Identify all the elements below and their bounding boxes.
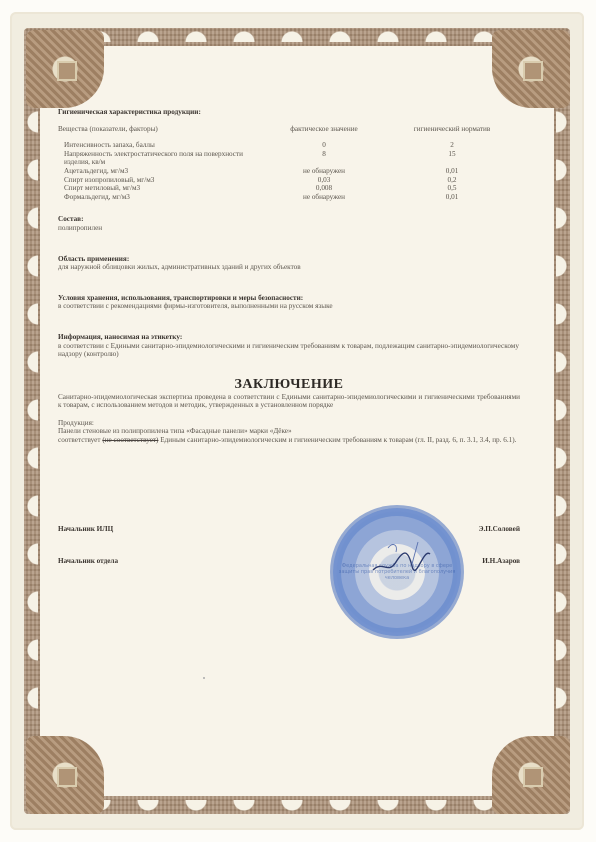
substance-name: Спирт метиловый, мг/м3: [58, 184, 264, 193]
table-row: Напряженность электростатического поля н…: [58, 150, 520, 167]
signature-row-2: Начальник отдела И.Н.Азаров: [58, 557, 520, 565]
table-row: Спирт изопропиловый, мг/м30,030,2: [58, 176, 520, 185]
application-text: для наружной облицовки жилых, администра…: [58, 263, 520, 272]
speck: [203, 677, 205, 679]
composition-text: полипропилен: [58, 224, 520, 233]
norm-value: 0,2: [384, 176, 520, 185]
conclusion-title: ЗАКЛЮЧЕНИЕ: [58, 377, 520, 393]
col-header-substance: Вещества (показатели, факторы): [58, 125, 264, 142]
storage-text: в соответствии с рекомендациями фирмы-из…: [58, 302, 520, 311]
corner-ornament-bottom-left: [26, 736, 104, 814]
signer-role-2: Начальник отдела: [58, 557, 118, 565]
border-scallop-top: [40, 28, 554, 42]
col-header-actual: фактическое значение: [264, 125, 384, 142]
label-info-text: в соответствии с Едиными санитарно-эпиде…: [58, 342, 520, 359]
substance-name: Ацетальдегид, мг/м3: [58, 167, 264, 176]
signer-name-2: И.Н.Азаров: [482, 557, 520, 565]
actual-value: 0,03: [264, 176, 384, 185]
border-scallop-left: [24, 110, 38, 730]
product-name: Панели стеновые из полипропилена типа «Ф…: [58, 427, 520, 436]
border-scallop-right: [556, 110, 570, 730]
table-row: Интенсивность запаха, баллы02: [58, 141, 520, 150]
signer-name-1: Э.П.Соловей: [479, 525, 520, 533]
hygiene-table: Вещества (показатели, факторы) фактическ…: [58, 125, 520, 202]
substance-name: Напряженность электростатического поля н…: [58, 150, 264, 167]
composition-title: Состав:: [58, 215, 520, 224]
storage-title: Условия хранения, использования, транспо…: [58, 294, 520, 303]
norm-value: 2: [384, 141, 520, 150]
label-info-title: Информация, наносимая на этикетку:: [58, 333, 520, 342]
actual-value: 8: [264, 150, 384, 167]
application-title: Область применения:: [58, 255, 520, 264]
document-body: Гигиеническая характеристика продукции: …: [58, 108, 520, 445]
certificate-page: Гигиеническая характеристика продукции: …: [0, 0, 596, 842]
signer-role-1: Начальник ИЛЦ: [58, 525, 113, 533]
actual-value: не обнаружен: [264, 193, 384, 202]
product-label: Продукция:: [58, 419, 520, 428]
complies-rest-text: Единым санитарно-эпидемиологическим и ги…: [160, 436, 516, 444]
norm-value: 15: [384, 150, 520, 167]
actual-value: не обнаружен: [264, 167, 384, 176]
norm-value: 0,01: [384, 167, 520, 176]
corner-ornament-top-right: [492, 30, 570, 108]
conclusion-text: Санитарно-эпидемиологическая экспертиза …: [58, 393, 520, 410]
signature-row-1: Начальник ИЛЦ Э.П.Соловей: [58, 525, 520, 533]
norm-value: 0,01: [384, 193, 520, 202]
compliance-statement: соответствует (не соответствует) Единым …: [58, 436, 520, 445]
not-complies-text: (не соответствует): [102, 436, 158, 444]
border-scallop-bottom: [40, 800, 554, 814]
table-row: Формальдегид, мг/м3не обнаружен0,01: [58, 193, 520, 202]
corner-ornament-bottom-right: [492, 736, 570, 814]
actual-value: 0: [264, 141, 384, 150]
hygiene-title: Гигиеническая характеристика продукции:: [58, 108, 520, 117]
complies-text: соответствует: [58, 436, 101, 444]
table-row: Ацетальдегид, мг/м3не обнаружен0,01: [58, 167, 520, 176]
actual-value: 0,008: [264, 184, 384, 193]
substance-name: Формальдегид, мг/м3: [58, 193, 264, 202]
substance-name: Интенсивность запаха, баллы: [58, 141, 264, 150]
col-header-norm: гигиенический норматив: [384, 125, 520, 142]
norm-value: 0,5: [384, 184, 520, 193]
table-row: Спирт метиловый, мг/м30,0080,5: [58, 184, 520, 193]
substance-name: Спирт изопропиловый, мг/м3: [58, 176, 264, 185]
